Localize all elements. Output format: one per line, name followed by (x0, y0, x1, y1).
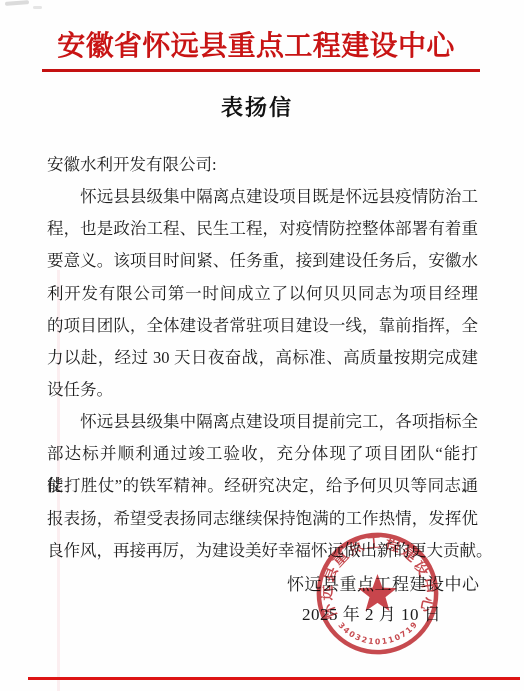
footer-rule-line (28, 677, 520, 680)
letter-body-line: 要意义。该项目时间紧、任务重，接到建设任务后，安徽水 (47, 245, 478, 277)
letter-body-line: 利开发有限公司第一时间成立了以何贝贝同志为项目经理 (47, 278, 478, 310)
scanned-letter-page: 安徽省怀远县重点工程建设中心 表扬信 安徽水利开发有限公司: 怀远县县级集中隔离… (0, 0, 524, 691)
org-title: 安徽省怀远县重点工程建设中心 (0, 24, 524, 64)
official-seal-stamp: 怀远县重点工程建设中心 3403210110719 (314, 530, 441, 657)
letter-body-line: 设任务。 (47, 374, 478, 406)
letter-body-line: 的项目团队，全体建设者常驻项目建设一线，靠前指挥，全 (47, 310, 478, 342)
letter-body: 安徽水利开发有限公司: 怀远县县级集中隔离点建设项目既是怀远县疫情防治工程，也是… (47, 149, 478, 567)
scan-smudge-artifact (5, 0, 29, 6)
letter-body-line: 部达标并顺利通过竣工验收，充分体现了项目团队“能打仗、 (47, 438, 478, 470)
scan-smudge-artifact (33, 6, 42, 9)
seal-star-icon (358, 574, 397, 611)
letter-body-line: 程，也是政治工程、民生工程，对疫情防控整体部署有着重 (47, 213, 478, 245)
doc-title: 表扬信 (0, 91, 524, 122)
letter-body-line: 怀远县县级集中隔离点建设项目提前完工，各项指标全 (47, 406, 478, 438)
header-rule-line (42, 69, 480, 72)
salutation: 安徽水利开发有限公司: (47, 149, 478, 181)
letter-body-line: 能打胜仗”的铁军精神。经研究决定，给予何贝贝等同志通 (47, 470, 478, 502)
letter-body-line: 怀远县县级集中隔离点建设项目既是怀远县疫情防治工 (47, 181, 478, 213)
letter-body-line: 力以赴，经过 30 天日夜奋战，高标准、高质量按期完成建 (47, 342, 478, 374)
letter-paragraphs: 怀远县县级集中隔离点建设项目既是怀远县疫情防治工程，也是政治工程、民生工程，对疫… (47, 181, 478, 567)
